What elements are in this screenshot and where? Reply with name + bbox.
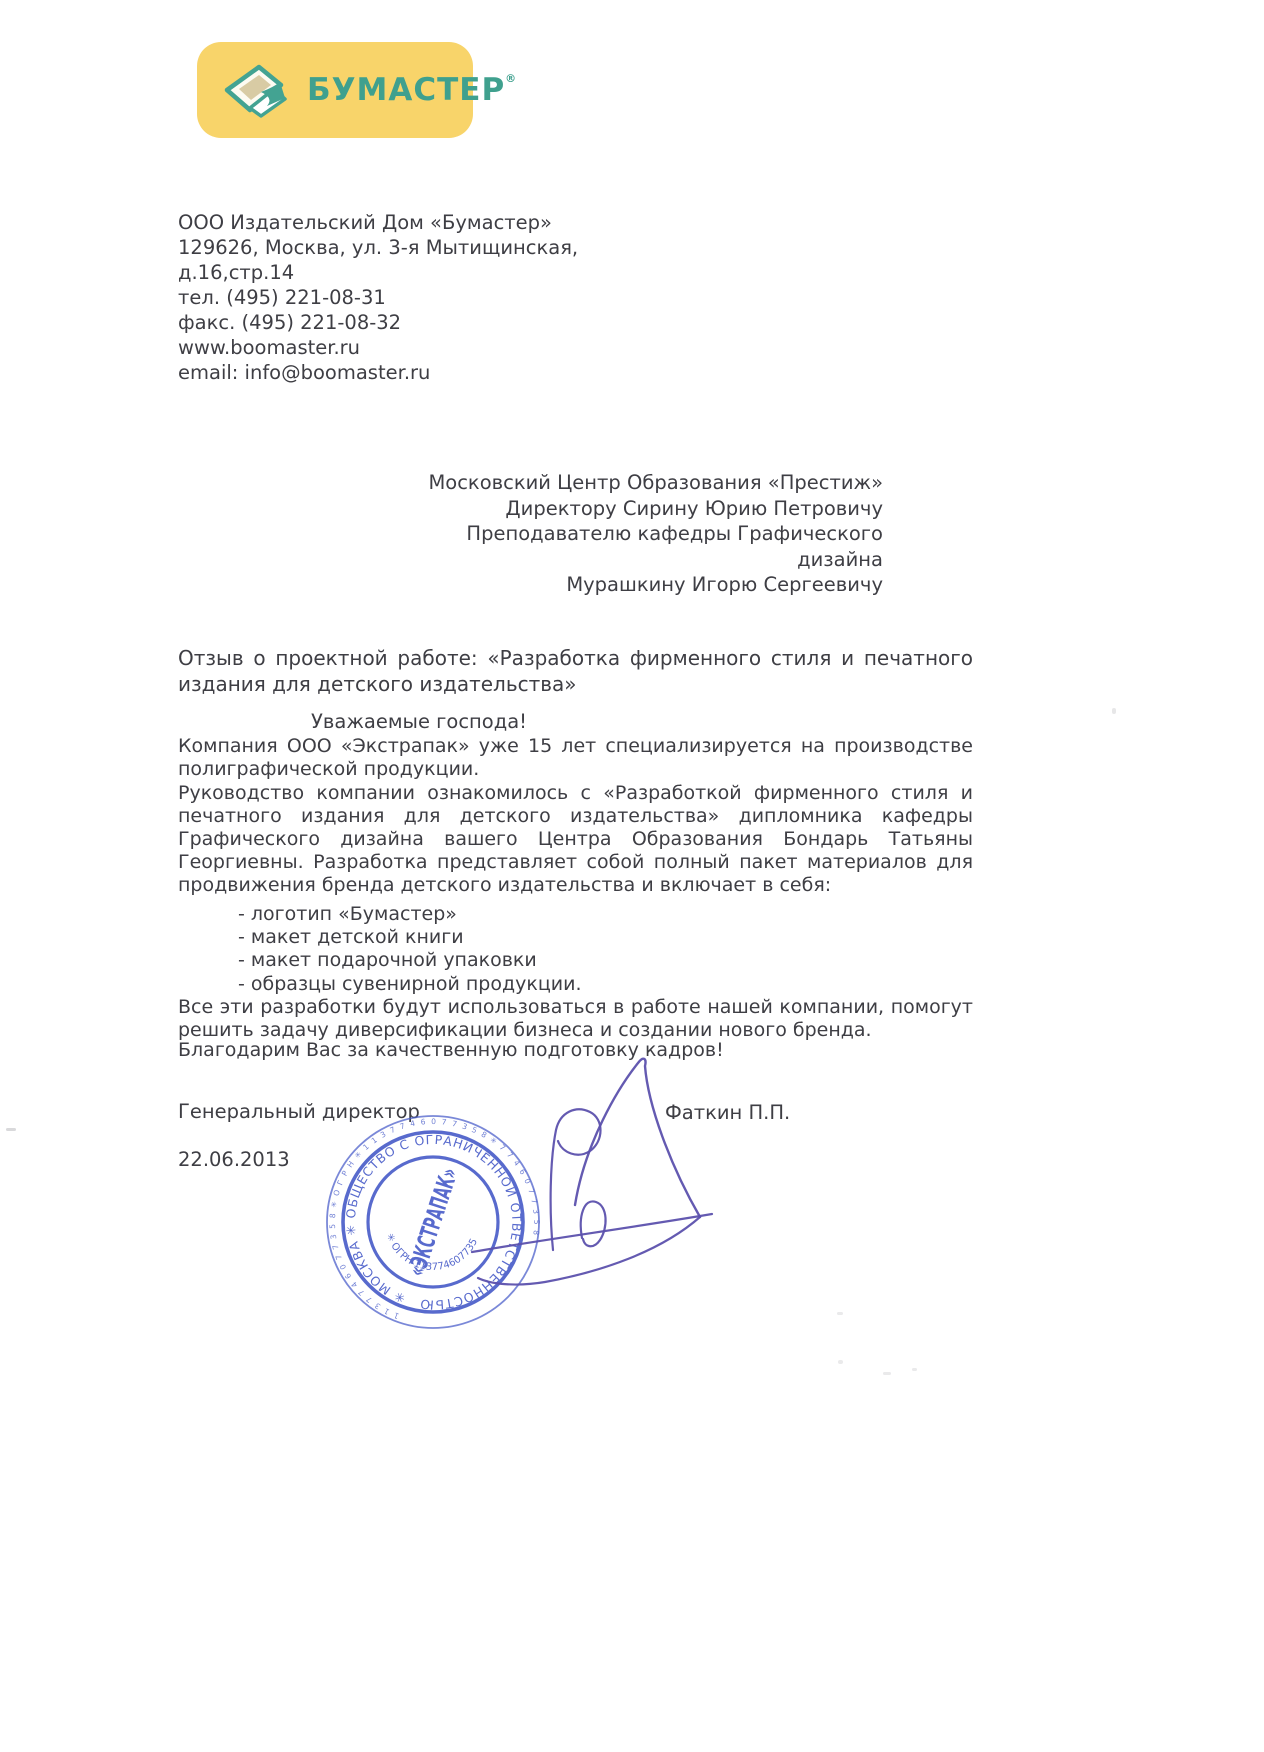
recipient-line: Преподавателю кафедры Графического дизай… — [383, 521, 883, 572]
scan-speck — [883, 1372, 891, 1375]
paper-sheets-arrow-icon — [219, 58, 299, 122]
scanned-letter-page: БУМАСТЕР® ООО Издательский Дом «Бумастер… — [0, 0, 1264, 1752]
list-item: - макет подарочной упаковки — [238, 949, 582, 972]
brand-text: БУМАСТЕР® — [307, 72, 516, 108]
paragraph: Руководство компании ознакомилось с «Раз… — [178, 782, 973, 897]
sender-email: email: info@boomaster.ru — [178, 360, 578, 385]
scan-speck — [1112, 708, 1116, 714]
scan-speck — [838, 1360, 843, 1364]
trademark-symbol: ® — [505, 72, 516, 85]
sender-details: ООО Издательский Дом «Бумастер» 129626, … — [178, 210, 578, 385]
salutation: Уважаемые господа! — [311, 710, 527, 733]
scan-speck — [6, 1128, 16, 1131]
scan-speck — [912, 1368, 917, 1371]
sender-website: www.boomaster.ru — [178, 335, 578, 360]
paragraph: Компания ООО «Экстрапак» уже 15 лет спец… — [178, 735, 973, 781]
sender-line: ООО Издательский Дом «Бумастер» — [178, 210, 578, 235]
letter-date: 22.06.2013 — [178, 1148, 290, 1171]
sender-line: д.16,стр.14 — [178, 260, 578, 285]
list-item: - макет детской книги — [238, 926, 582, 949]
scan-speck — [837, 1312, 843, 1315]
handwritten-signature — [430, 975, 740, 1295]
sender-line: факс. (495) 221-08-32 — [178, 310, 578, 335]
recipient-line: Мурашкину Игорю Сергеевичу — [383, 572, 883, 598]
sender-line: 129626, Москва, ул. 3-я Мытищинская, — [178, 235, 578, 260]
recipient-line: Московский Центр Образования «Престиж» — [383, 470, 883, 496]
list-item: - логотип «Бумастер» — [238, 903, 582, 926]
recipient-block: Московский Центр Образования «Престиж» Д… — [383, 470, 883, 598]
subject-line: Отзыв о проектной работе: «Разработка фи… — [178, 645, 973, 697]
recipient-line: Директору Сирину Юрию Петровичу — [383, 496, 883, 522]
company-logo: БУМАСТЕР® — [197, 42, 473, 138]
sender-line: тел. (495) 221-08-31 — [178, 285, 578, 310]
